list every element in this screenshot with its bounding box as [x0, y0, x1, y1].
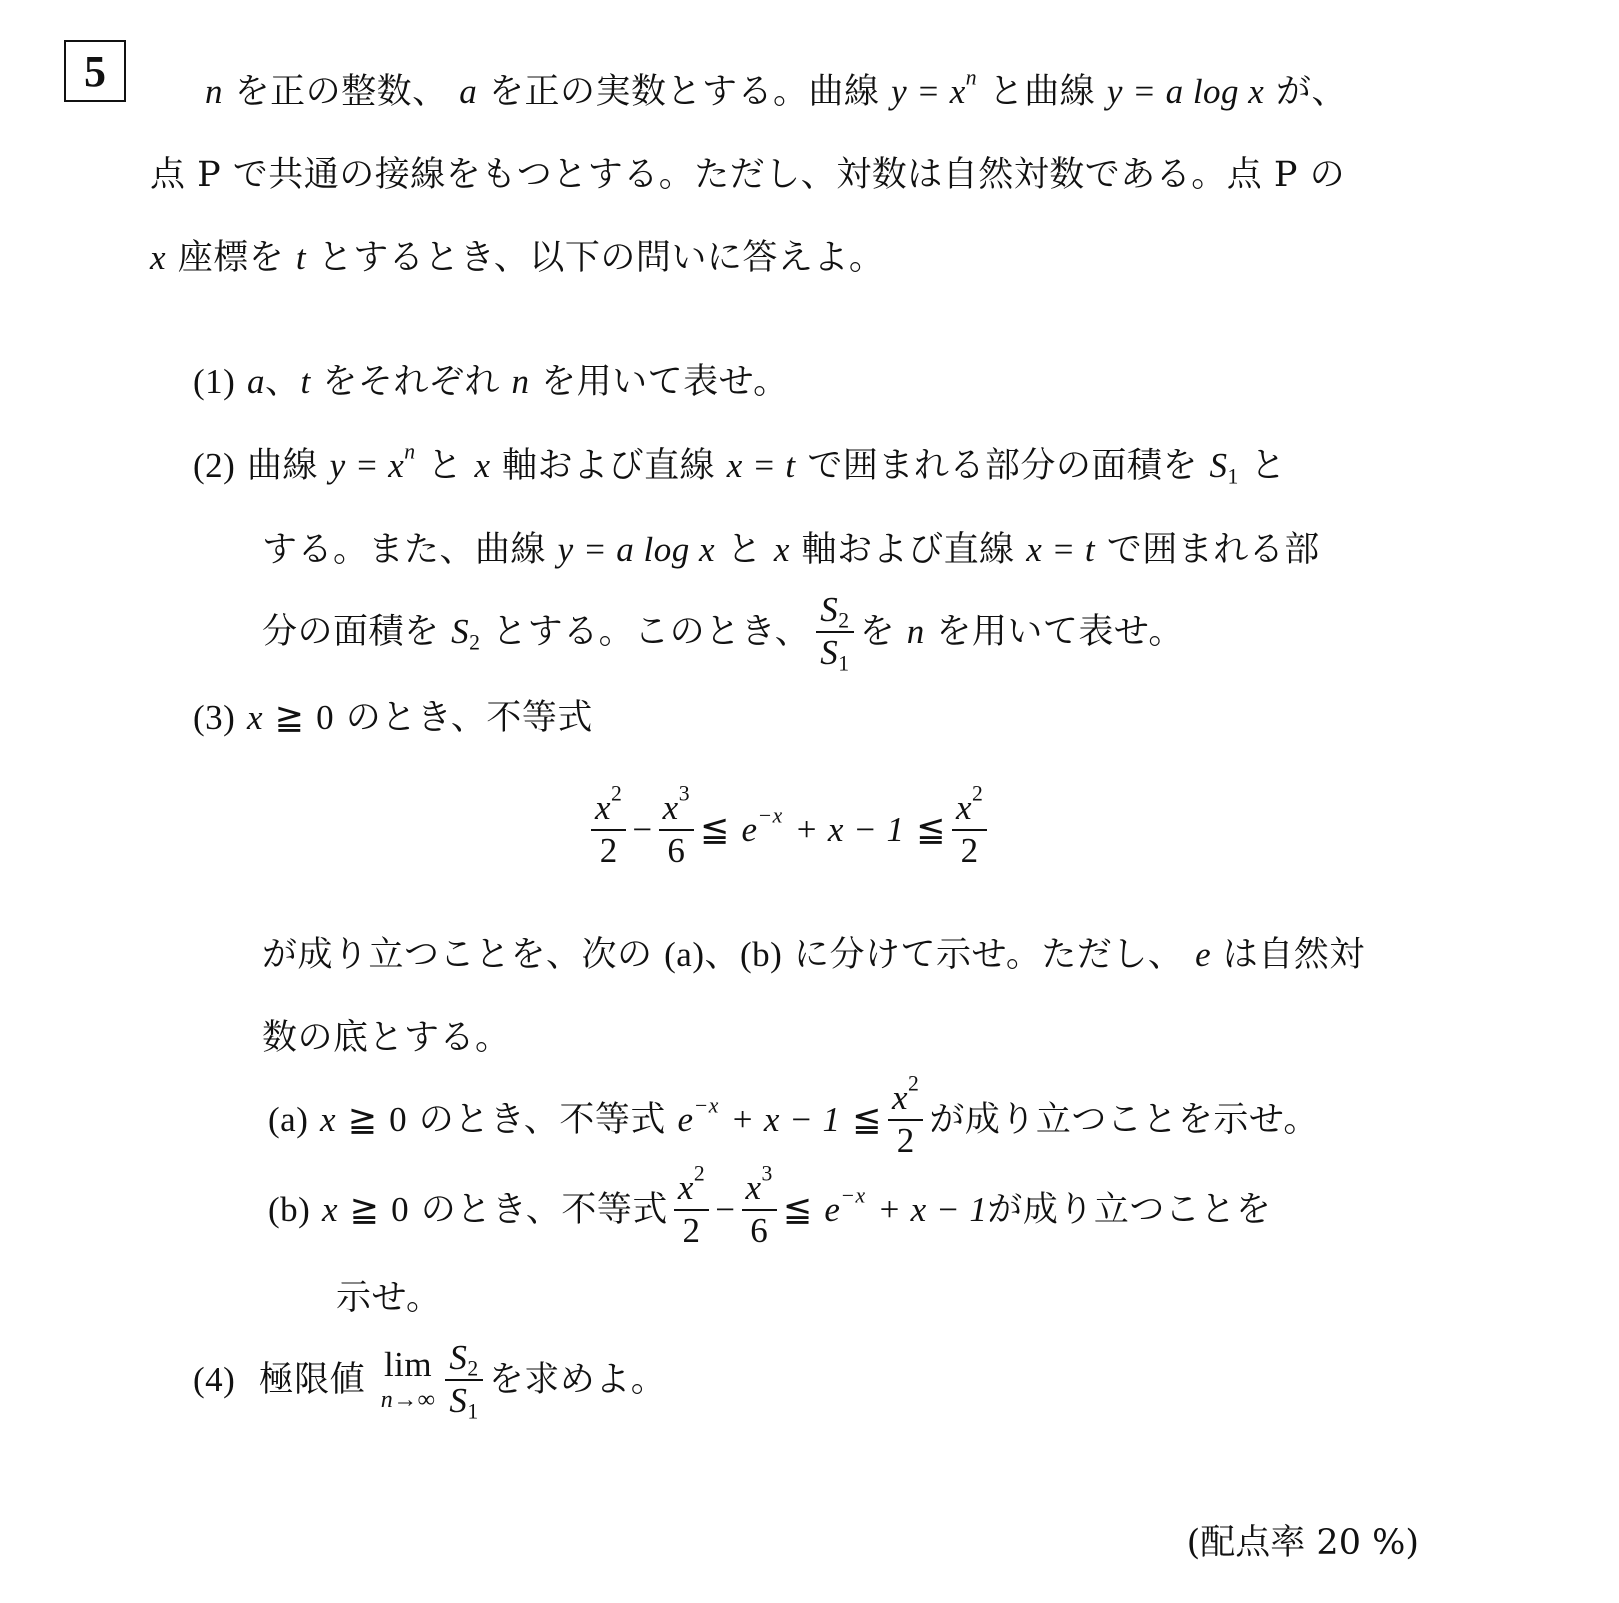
geq-symbol: ≧	[350, 1190, 380, 1230]
fraction-x2-over-2: x2 2	[591, 790, 626, 870]
var-t: t	[300, 362, 310, 401]
var-n: n	[907, 612, 925, 652]
fraction-S2-over-S1: S2 S1	[816, 592, 853, 672]
x: x	[678, 1168, 694, 1207]
question-3-line-1: (3) x ≧ 0 のとき、不等式	[193, 698, 593, 738]
den: 2	[957, 831, 983, 870]
intro-line-1: n を正の整数、 a を正の実数とする。曲線 y = xn と曲線 y = a …	[205, 72, 1347, 112]
x: x	[663, 788, 679, 827]
text: を正の実数とする。曲線	[489, 72, 880, 112]
sub: 2	[469, 630, 480, 654]
leq-symbol: ≦	[783, 1190, 813, 1230]
var-S1: S1	[1209, 446, 1238, 485]
fraction-x3-over-6: x3 6	[659, 790, 694, 870]
text: で囲まれる部分の面積を	[807, 446, 1198, 486]
sub: 1	[1227, 465, 1238, 489]
leq-symbol: ≦	[700, 810, 730, 850]
den: 2	[596, 831, 622, 870]
text: と曲線	[989, 72, 1096, 112]
exp: 2	[908, 1072, 919, 1096]
text: 軸および直線	[502, 446, 715, 486]
question-label: (3)	[193, 698, 235, 737]
e: e	[742, 810, 758, 849]
text: 座標を	[178, 238, 285, 278]
text: する。また、曲線	[262, 530, 546, 570]
text: が、	[1276, 72, 1347, 112]
text: とする。このとき、	[492, 612, 810, 652]
question-label: (4)	[193, 1360, 235, 1400]
text: は自然対	[1223, 935, 1365, 975]
text: を正の整数、	[235, 72, 448, 112]
S: S	[1209, 446, 1227, 485]
text: 軸および直線	[802, 530, 1015, 570]
minus: −	[632, 810, 652, 850]
exp: −x	[758, 803, 783, 827]
ref-b: (b)	[740, 935, 782, 974]
exp: 3	[679, 782, 690, 806]
exp: 3	[762, 1162, 773, 1186]
S: S	[451, 612, 469, 651]
question-label: (1)	[193, 362, 235, 401]
linear-term: + x − 1	[731, 1100, 841, 1140]
leq-symbol: ≦	[852, 1100, 882, 1140]
var-x: x	[774, 530, 790, 569]
e: e	[824, 1190, 840, 1229]
question-1: (1) a、t をそれぞれ n を用いて表せ。	[193, 362, 789, 402]
var-x: x	[150, 238, 166, 277]
problem-number-box: 5	[64, 40, 126, 102]
text: を	[860, 612, 896, 652]
question-3b-line-2: 示せ。	[336, 1278, 441, 1318]
text: のとき、不等式	[346, 698, 593, 738]
text: とするとき、以下の問いに答えよ。	[318, 238, 885, 278]
problem-number: 5	[84, 46, 106, 97]
text: 、	[705, 935, 741, 975]
text: 点 P で共通の接線をもつとする。ただし、対数は自然対数である。点 P の	[150, 155, 1345, 195]
geq-symbol: ≧	[275, 698, 305, 737]
question-label: (2)	[193, 446, 235, 485]
text: を用いて表せ。	[936, 612, 1183, 652]
equation-line: x = t	[1026, 530, 1095, 569]
exp: 2	[694, 1162, 705, 1186]
fraction-S2-over-S1: S2 S1	[445, 1340, 482, 1420]
den: 2	[679, 1211, 705, 1250]
var-x: x	[322, 1190, 338, 1230]
var-a: a	[247, 362, 265, 401]
var-S2: S2	[451, 612, 480, 652]
text: と	[1250, 446, 1286, 486]
intro-line-2: 点 P で共通の接線をもつとする。ただし、対数は自然対数である。点 P の	[150, 155, 1345, 195]
zero: 0	[389, 1100, 407, 1140]
question-2-line-2: する。また、曲線 y = a log x と x 軸および直線 x = t で囲…	[262, 530, 1320, 570]
S: S	[820, 590, 838, 629]
S: S	[449, 1338, 467, 1377]
question-3b: (b) x ≧ 0 のとき、不等式 x2 2 − x3 6 ≦ e−x + x …	[268, 1170, 1271, 1250]
var-x: x	[320, 1100, 336, 1140]
geq-symbol: ≧	[348, 1100, 378, 1140]
eq: y = x	[330, 446, 405, 485]
exp: n	[966, 66, 977, 90]
x: x	[746, 1168, 762, 1207]
exp-term: e−x	[742, 810, 783, 850]
var-x: x	[474, 446, 490, 485]
var-e: e	[1195, 935, 1211, 974]
zero: 0	[316, 698, 334, 737]
e: e	[678, 1100, 694, 1139]
fraction-x2-over-2: x2 2	[888, 1080, 923, 1160]
sub: 2	[838, 609, 849, 633]
eq: y = x	[891, 72, 966, 111]
exp-term: e−x	[678, 1100, 719, 1140]
S: S	[820, 633, 838, 672]
text: を用いて表せ。	[541, 362, 788, 402]
exp: −x	[840, 1183, 865, 1207]
text: と	[427, 446, 463, 486]
text: 分の面積を	[262, 612, 440, 652]
text: を求めよ。	[489, 1360, 667, 1400]
x: x	[892, 1078, 908, 1117]
equation-line: x = t	[727, 446, 796, 485]
exp: −x	[694, 1093, 719, 1117]
display-inequality: x2 2 − x3 6 ≦ e−x + x − 1 ≦ x2 2	[585, 790, 993, 870]
question-4: (4) 極限値 lim n→∞ S2 S1 を求めよ。	[193, 1340, 666, 1420]
text: が成り立つことを示せ。	[929, 1100, 1318, 1140]
den: 6	[663, 831, 689, 870]
text: 示せ。	[336, 1278, 441, 1318]
intro-line-3: x 座標を t とするとき、以下の問いに答えよ。	[150, 238, 884, 278]
exp: 2	[611, 782, 622, 806]
text: のとき、不等式	[419, 1100, 666, 1140]
text: 極限値	[259, 1360, 366, 1400]
question-3a: (a) x ≧ 0 のとき、不等式 e−x + x − 1 ≦ x2 2 が成り…	[268, 1080, 1319, 1160]
text: をそれぞれ	[322, 362, 500, 402]
fraction-x2-over-2: x2 2	[674, 1170, 709, 1250]
text: で囲まれる部	[1107, 530, 1320, 570]
text: が成り立つことを、次の	[262, 935, 653, 975]
ref-a: (a)	[664, 935, 704, 974]
text: 、	[265, 362, 301, 402]
equation-power: y = xn	[330, 446, 416, 485]
linear-term: + x − 1	[794, 810, 904, 850]
question-2-line-1: (2) 曲線 y = xn と x 軸および直線 x = t で囲まれる部分の面…	[193, 446, 1286, 486]
question-2-line-3: 分の面積を S2 とする。このとき、 S2 S1 を n を用いて表せ。	[262, 592, 1184, 672]
text: 曲線	[247, 446, 318, 486]
x: x	[956, 788, 972, 827]
text: が成り立つことを	[987, 1190, 1271, 1230]
sub-label: (b)	[268, 1190, 310, 1230]
zero: 0	[391, 1190, 409, 1230]
den: 2	[893, 1121, 919, 1160]
limit-operator: lim n→∞	[381, 1347, 436, 1412]
lim: lim	[384, 1347, 432, 1382]
text: と	[727, 530, 763, 570]
sub: 1	[467, 1399, 478, 1423]
text: に分けて示せ。ただし、	[794, 935, 1183, 975]
var-n: n	[205, 72, 223, 111]
question-3-line-2: が成り立つことを、次の (a)、(b) に分けて示せ。ただし、 e は自然対	[262, 935, 1365, 975]
text: のとき、不等式	[421, 1190, 668, 1230]
equation-log: y = a log x	[558, 530, 715, 569]
exp: 2	[972, 782, 983, 806]
var-t: t	[296, 238, 306, 277]
score-ratio: (配点率 20 %)	[1187, 1515, 1419, 1565]
den: 6	[746, 1211, 772, 1250]
minus: −	[715, 1190, 735, 1230]
leq-symbol: ≦	[916, 810, 946, 850]
text: 数の底とする。	[262, 1018, 511, 1058]
exp: n	[404, 440, 415, 464]
var-x: x	[247, 698, 263, 737]
x: x	[595, 788, 611, 827]
var-a: a	[459, 72, 477, 111]
linear-term: + x − 1	[877, 1190, 987, 1230]
equation-power: y = xn	[891, 72, 977, 111]
S: S	[449, 1381, 467, 1420]
equation-log: y = a log x	[1107, 72, 1264, 111]
fraction-x3-over-6: x3 6	[742, 1170, 777, 1250]
sub: 2	[467, 1357, 478, 1381]
lim-subscript: n→∞	[381, 1388, 436, 1412]
exp-term: e−x	[824, 1190, 865, 1230]
var-n: n	[512, 362, 530, 401]
fraction-x2-over-2: x2 2	[952, 790, 987, 870]
sub: 1	[838, 651, 849, 675]
question-3-line-3: 数の底とする。	[262, 1018, 511, 1058]
sub-label: (a)	[268, 1100, 308, 1140]
